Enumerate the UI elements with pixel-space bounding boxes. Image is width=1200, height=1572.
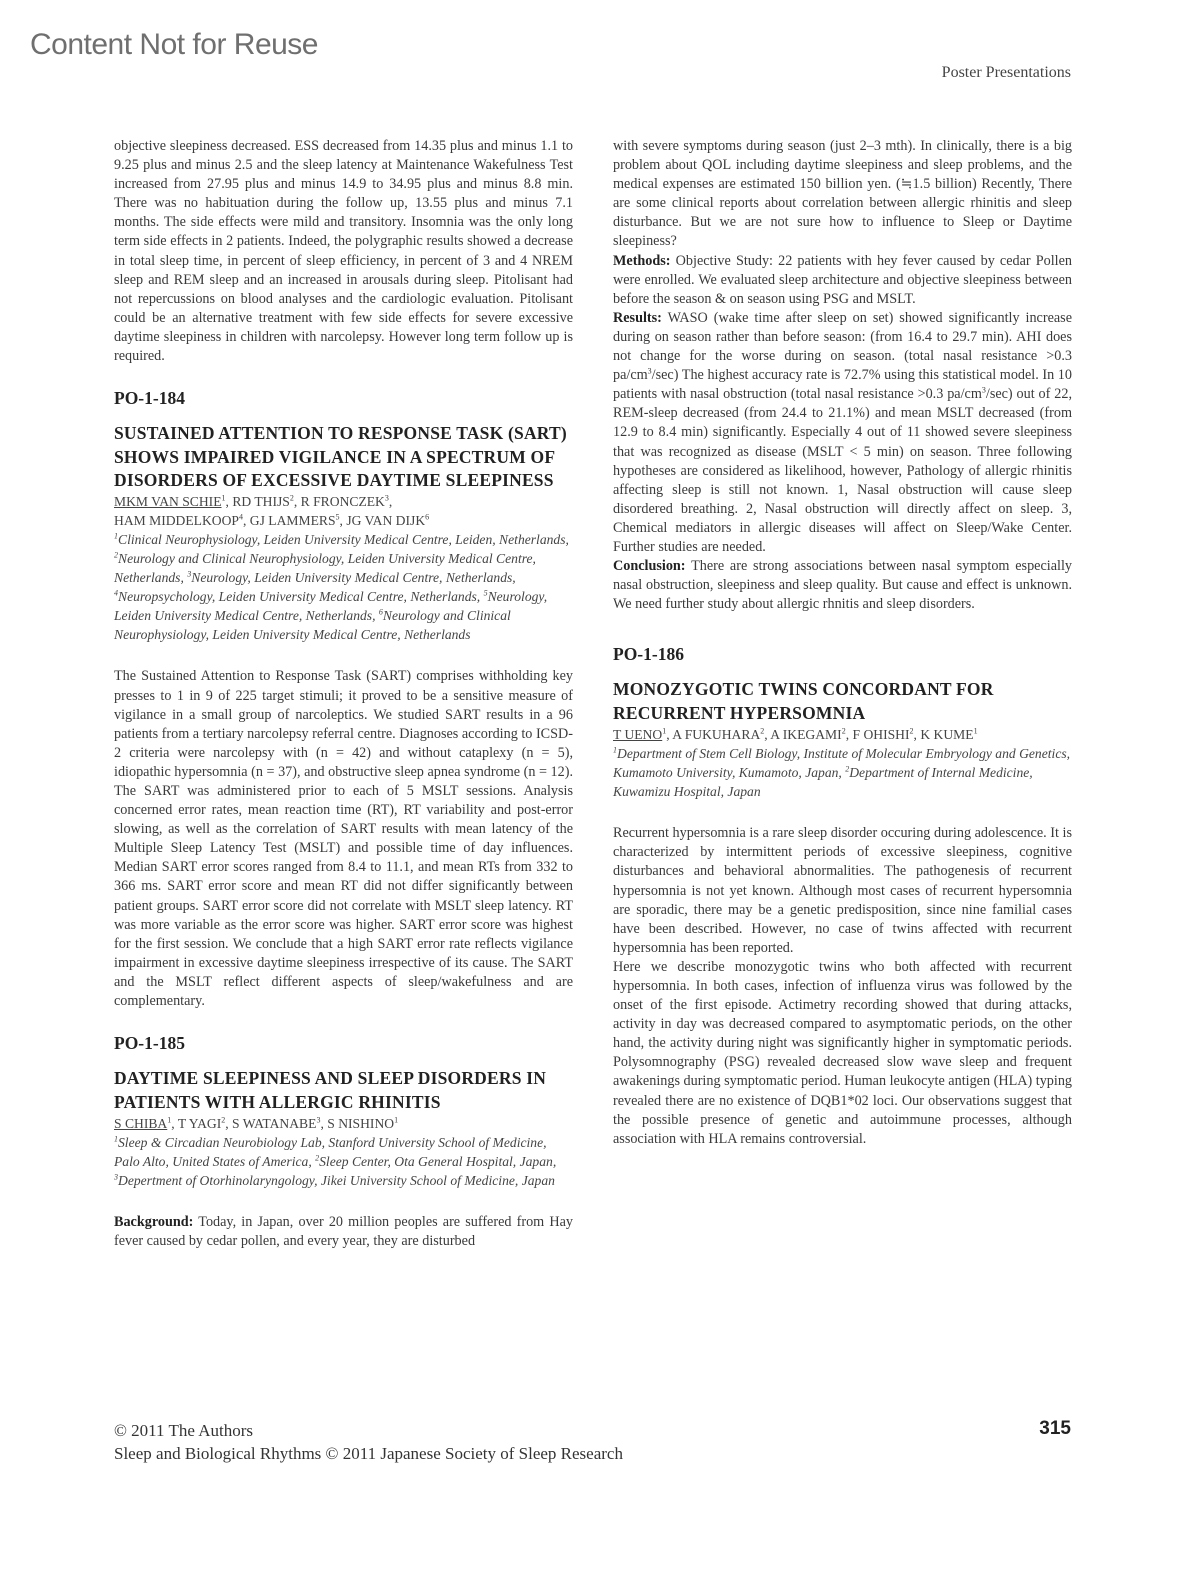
abstract-id: PO-1-186 [613, 645, 1072, 664]
author: , A FUKUHARA [666, 727, 760, 742]
author: , JG VAN DIJK [340, 513, 426, 528]
results-text: /sec) out of 22, REM-sleep decreased (fr… [613, 386, 1072, 555]
left-column: objective sleepiness decreased. ESS decr… [114, 137, 573, 1251]
page-number: 315 [1039, 1418, 1071, 1440]
author: , F OHISHI [846, 727, 910, 742]
footer: © 2011 The Authors Sleep and Biological … [114, 1419, 623, 1465]
author-sup: 6 [425, 513, 429, 522]
methods-label: Methods: [613, 253, 671, 269]
abstract-po-1-186: PO-1-186 MONOZYGOTIC TWINS CONCORDANT FO… [613, 645, 1072, 1149]
abstract-body: Here we describe monozygotic twins who b… [613, 958, 1072, 1149]
methods-text: Objective Study: 22 patients with hey fe… [613, 253, 1072, 307]
author: , R FRONCZEK [294, 494, 385, 509]
presenting-author: T UENO [613, 727, 662, 742]
methods-paragraph: Methods: Objective Study: 22 patients wi… [613, 252, 1072, 309]
affiliations: 1Clinical Neurophysiology, Leiden Univer… [114, 530, 573, 644]
abstract-body: The Sustained Attention to Response Task… [114, 667, 573, 1011]
author-sup: 1 [974, 727, 978, 736]
affiliation: Neuropsychology, Leiden University Medic… [118, 589, 484, 604]
conclusion-label: Conclusion: [613, 558, 686, 574]
running-head: Poster Presentations [942, 64, 1071, 82]
author: , S WATANABE [225, 1116, 316, 1131]
affiliations: 1Sleep & Circadian Neurobiology Lab, Sta… [114, 1133, 573, 1190]
affiliation: Neurology, Leiden University Medical Cen… [191, 570, 515, 585]
journal-line: Sleep and Biological Rhythms © 2011 Japa… [114, 1442, 623, 1465]
right-column: with severe symptoms during season (just… [613, 137, 1072, 1149]
author: , GJ LAMMERS [243, 513, 336, 528]
abstract-title: DAYTIME SLEEPINESS AND SLEEP DISORDERS I… [114, 1067, 573, 1114]
author: , RD THIJS [226, 494, 290, 509]
abstract-body: Recurrent hypersomnia is a rare sleep di… [613, 824, 1072, 958]
background-continued: with severe symptoms during season (just… [613, 137, 1072, 252]
author-sup: 3 [385, 494, 389, 503]
presenting-author: MKM VAN SCHIE [114, 494, 222, 509]
abstract-title: SUSTAINED ATTENTION TO RESPONSE TASK (SA… [114, 422, 573, 492]
author: HAM MIDDELKOOP [114, 513, 239, 528]
carryover-paragraph: objective sleepiness decreased. ESS decr… [114, 137, 573, 366]
results-paragraph: Results: WASO (wake time after sleep on … [613, 309, 1072, 557]
watermark: Content Not for Reuse [30, 28, 318, 62]
affiliation: Depertment of Otorhinolaryngology, Jikei… [118, 1173, 555, 1188]
abstract-id: PO-1-184 [114, 389, 573, 408]
affiliation: Clinical Neurophysiology, Leiden Univers… [118, 532, 569, 547]
background-paragraph: Background: Today, in Japan, over 20 mil… [114, 1213, 573, 1251]
author-list: S CHIBA1, T YAGI2, S WATANABE3, S NISHIN… [114, 1114, 573, 1133]
author-list: MKM VAN SCHIE1, RD THIJS2, R FRONCZEK3,H… [114, 492, 573, 530]
author: , S NISHINO [320, 1116, 394, 1131]
affiliations: 1Department of Stem Cell Biology, Instit… [613, 744, 1072, 801]
abstract-title: MONOZYGOTIC TWINS CONCORDANT FOR RECURRE… [613, 678, 1072, 725]
author: , K KUME [914, 727, 974, 742]
author-sup: 1 [394, 1116, 398, 1125]
author: , A IKEGAMI [764, 727, 841, 742]
abstract-po-1-184: PO-1-184 SUSTAINED ATTENTION TO RESPONSE… [114, 389, 573, 1011]
results-label: Results: [613, 310, 662, 326]
author-list: T UENO1, A FUKUHARA2, A IKEGAMI2, F OHIS… [613, 725, 1072, 744]
abstract-id: PO-1-185 [114, 1034, 573, 1053]
abstract-po-1-185: PO-1-185 DAYTIME SLEEPINESS AND SLEEP DI… [114, 1034, 573, 1251]
presenting-author: S CHIBA [114, 1116, 167, 1131]
copyright-line: © 2011 The Authors [114, 1419, 623, 1442]
conclusion-paragraph: Conclusion: There are strong association… [613, 557, 1072, 614]
background-label: Background: [114, 1214, 193, 1230]
affiliation: Sleep Center, Ota General Hospital, Japa… [319, 1154, 556, 1169]
author: , T YAGI [171, 1116, 221, 1131]
